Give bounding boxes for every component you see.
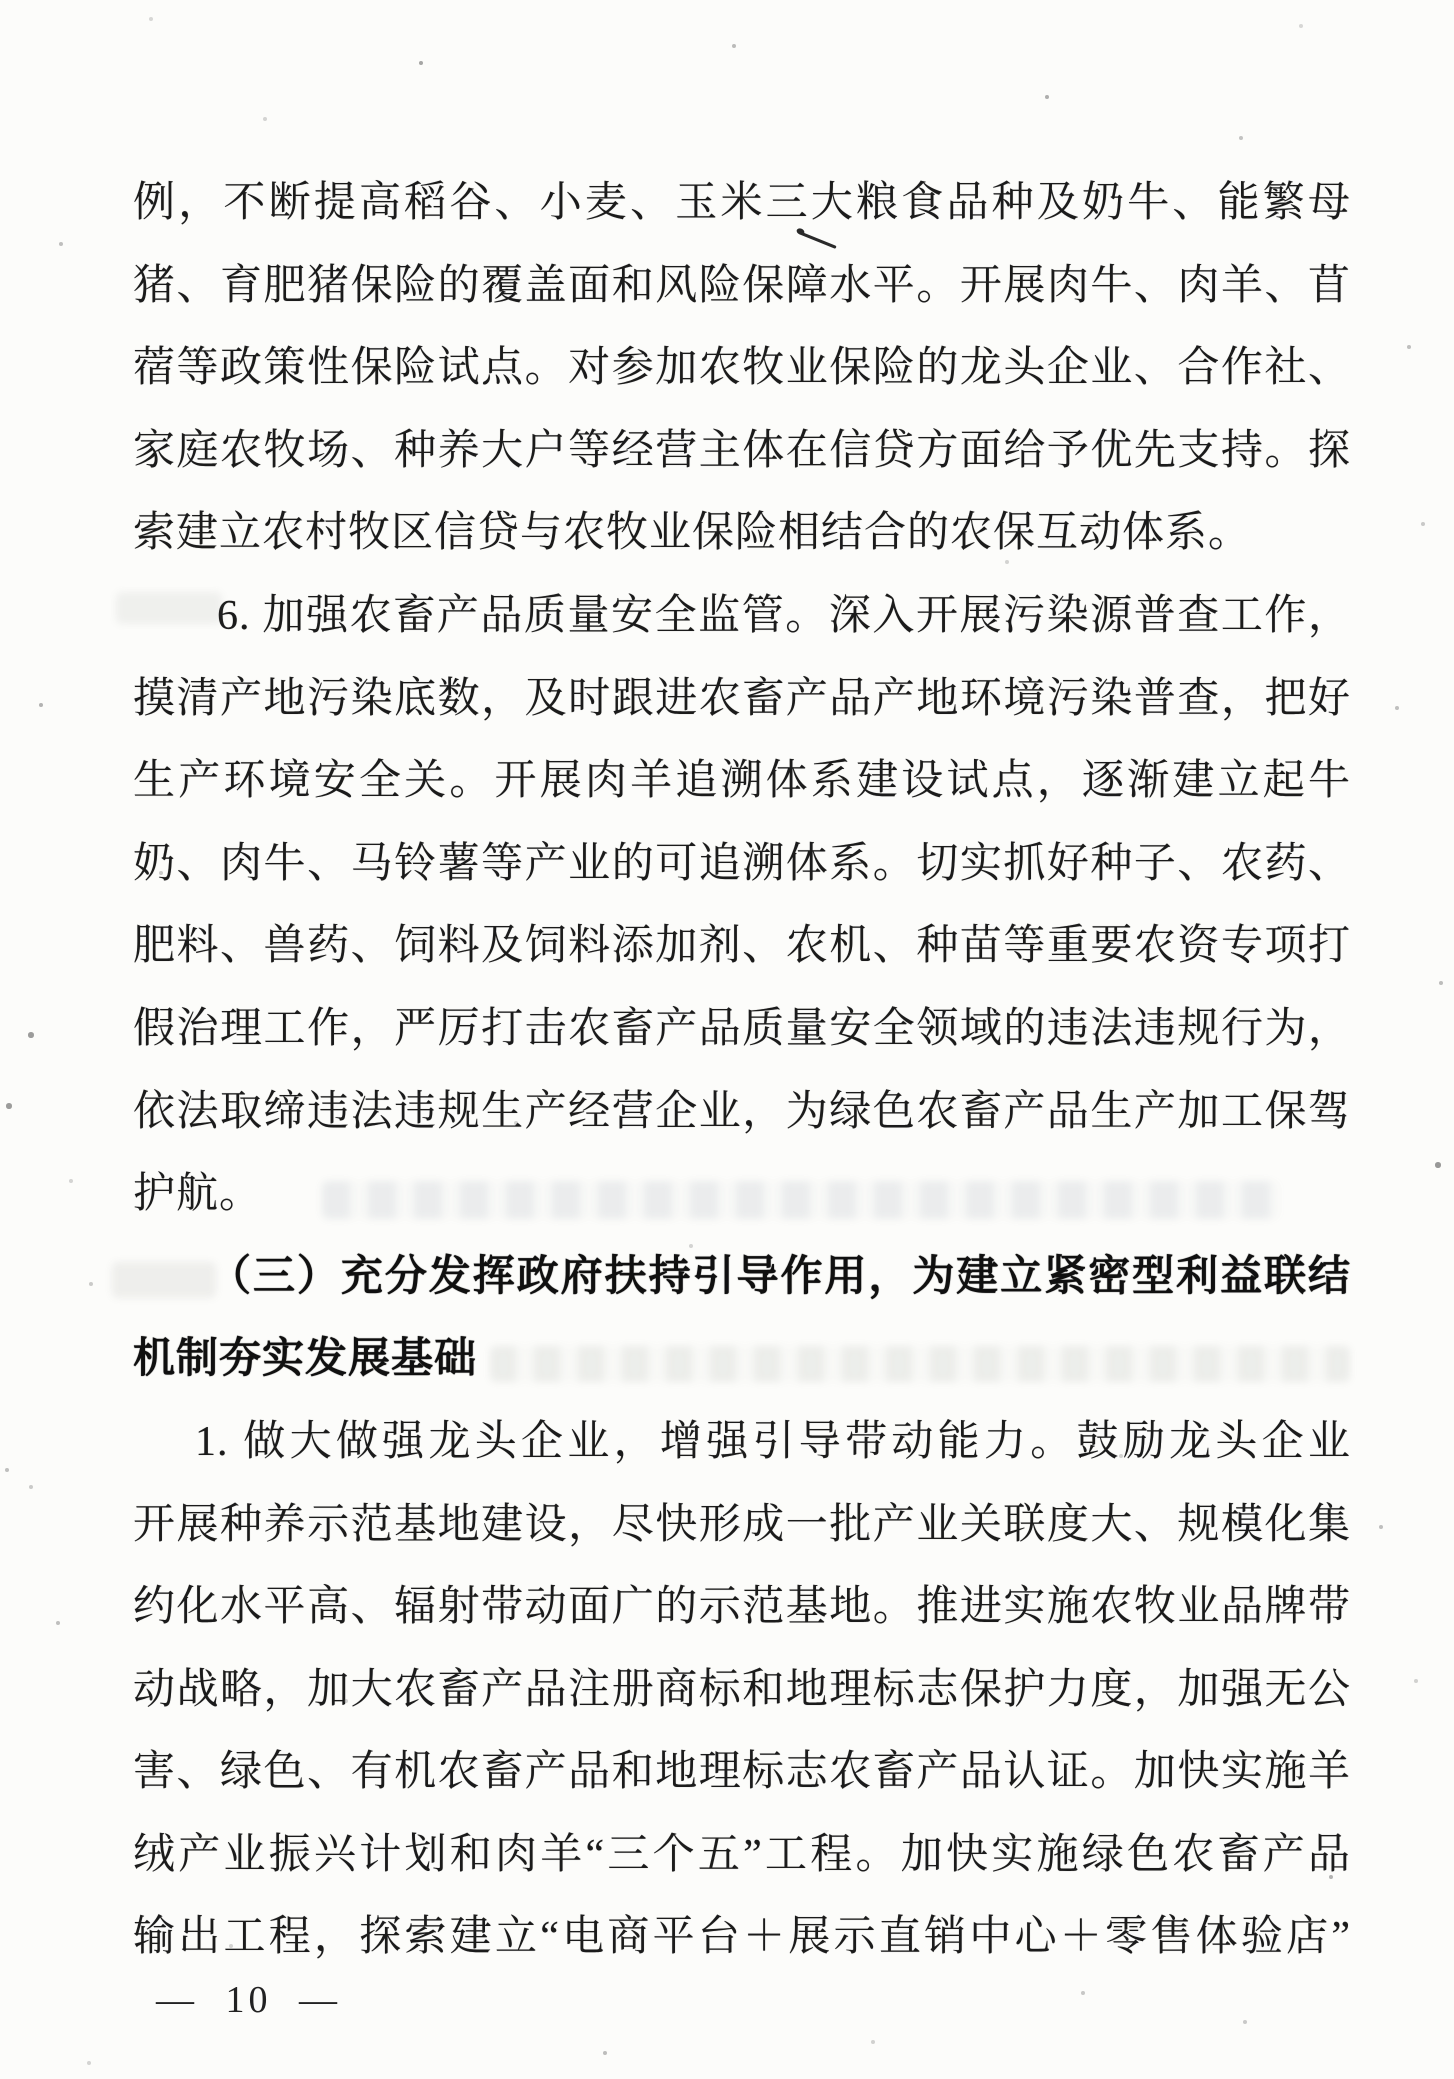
doc-line-2: 猪、育肥猪保险的覆盖面和风险保障水平。开展肉牛、肉羊、苜 [133, 245, 1351, 328]
scanned-document-page: 例，不断提高稻谷、小麦、玉米三大粮食品种及奶牛、能繁母 猪、育肥猪保险的覆盖面和… [0, 0, 1454, 2079]
doc-line-18: 约化水平高、辐射带动面广的示范基地。推进实施农牧业品牌带 [133, 1566, 1351, 1649]
doc-line-8: 生产环境安全关。开展肉羊追溯体系建设试点，逐渐建立起牛 [133, 740, 1351, 823]
ink-bleed-artifact [116, 592, 222, 624]
doc-line-5: 索建立农村牧区信贷与农牧业保险相结合的农保互动体系。 [133, 492, 1351, 575]
doc-line-1: 例，不断提高稻谷、小麦、玉米三大粮食品种及奶牛、能繁母 [133, 162, 1351, 245]
scan-noise-specks [0, 0, 2, 2]
doc-line-20: 害、绿色、有机农畜产品和地理标志农畜产品认证。加快实施羊 [133, 1731, 1351, 1814]
doc-line-9: 奶、肉牛、马铃薯等产业的可追溯体系。切实抓好种子、农药、 [133, 823, 1351, 906]
page-number-label: — 10 — [156, 1978, 341, 2022]
doc-line-10: 肥料、兽药、饲料及饲料添加剂、农机、种苗等重要农资专项打 [133, 905, 1351, 988]
document-body: 例，不断提高稻谷、小麦、玉米三大粮食品种及奶牛、能繁母 猪、育肥猪保险的覆盖面和… [133, 162, 1351, 1979]
ink-bleed-artifact [322, 1181, 1280, 1219]
ink-bleed-artifact [490, 1346, 1350, 1382]
doc-line-6-item-6-start: 6. 加强农畜产品质量安全监管。深入开展污染源普查工作， [133, 575, 1351, 658]
doc-line-17: 开展种养示范基地建设，尽快形成一批产业关联度大、规模化集 [133, 1484, 1351, 1567]
doc-line-12: 依法取缔违法违规生产经营企业，为绿色农畜产品生产加工保驾 [133, 1071, 1351, 1154]
doc-line-4: 家庭农牧场、种养大户等经营主体在信贷方面给予优先支持。探 [133, 410, 1351, 493]
doc-line-11: 假治理工作，严厉打击农畜产品质量安全领域的违法违规行为， [133, 988, 1351, 1071]
doc-line-21: 绒产业振兴计划和肉羊“三个五”工程。加快实施绿色农畜产品 [133, 1814, 1351, 1897]
section-heading-line-1: （三）充分发挥政府扶持引导作用，为建立紧密型利益联结 [133, 1236, 1351, 1319]
doc-line-22: 输出工程，探索建立“电商平台＋展示直销中心＋零售体验店” [133, 1896, 1351, 1979]
doc-line-3: 蓿等政策性保险试点。对参加农牧业保险的龙头企业、合作社、 [133, 327, 1351, 410]
doc-line-19: 动战略，加大农畜产品注册商标和地理标志保护力度，加强无公 [133, 1649, 1351, 1732]
doc-line-7: 摸清产地污染底数，及时跟进农畜产品产地环境污染普查，把好 [133, 658, 1351, 741]
ink-bleed-artifact [112, 1262, 216, 1298]
doc-line-16-item-1-start: 1. 做大做强龙头企业，增强引导带动能力。鼓励龙头企业 [133, 1401, 1351, 1484]
